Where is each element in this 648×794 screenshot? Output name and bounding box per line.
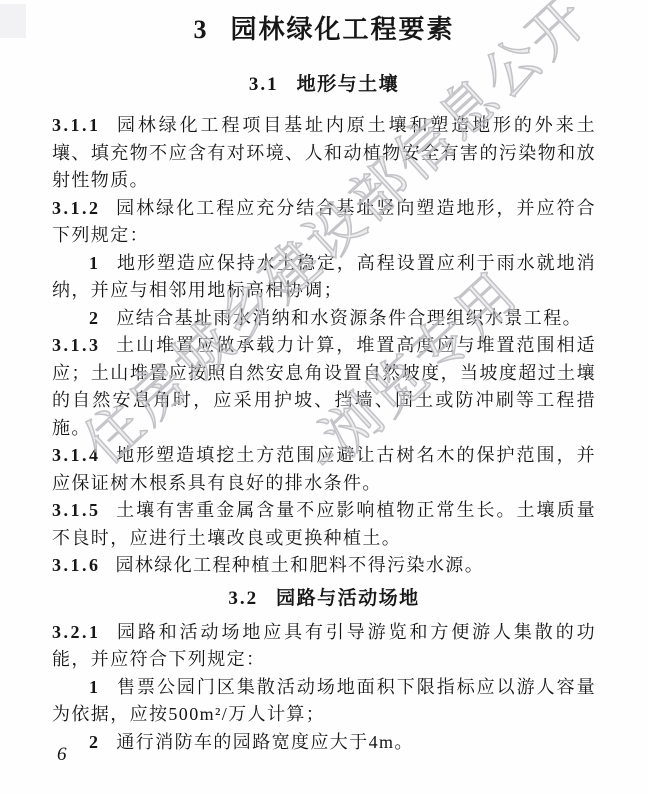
item-number: 2	[89, 308, 99, 328]
clause-number: 3.1.2	[52, 198, 101, 218]
paragraph-text: 通行消防车的园路宽度应大于4m。	[116, 732, 413, 752]
chapter-heading: 3园林绿化工程要素	[52, 14, 596, 46]
list-item: 1地形塑造应保持水土稳定，高程设置应利于雨水就地消纳，并应与相邻用地标高相协调；	[52, 250, 596, 305]
clause-paragraph: 3.1.6园林绿化工程种植土和肥料不得污染水源。	[52, 552, 596, 580]
clause-number: 3.1.1	[52, 115, 101, 135]
clause-number: 3.1.4	[52, 445, 101, 465]
clause-paragraph: 3.1.4地形塑造填挖土方范围应避让古树名木的保护范围，并应保证树木根系具有良好…	[52, 442, 596, 497]
clause-paragraph: 3.1.2园林绿化工程应充分结合基址竖向塑造地形，并应符合下列规定：	[52, 195, 596, 250]
clause-paragraph: 3.1.1园林绿化工程项目基址内原土壤和塑造地形的外来土壤、填充物不应含有对环境…	[52, 112, 596, 195]
section-heading: 3.1地形与土壤	[52, 72, 596, 98]
section-title: 园路与活动场地	[276, 588, 420, 609]
document-body: 3.1地形与土壤3.1.1园林绿化工程项目基址内原土壤和塑造地形的外来土壤、填充…	[52, 72, 596, 756]
list-item: 2应结合基址雨水消纳和水资源条件合理组织水景工程。	[52, 305, 596, 333]
paragraph-text: 土山堆置应做承载力计算，堆置高度应与堆置范围相适应；土山堆置应按照自然安息角设置…	[52, 335, 596, 438]
clause-number: 3.1.3	[52, 335, 101, 355]
paragraph-text: 地形塑造应保持水土稳定，高程设置应利于雨水就地消纳，并应与相邻用地标高相协调；	[52, 253, 596, 301]
paragraph-text: 园林绿化工程项目基址内原土壤和塑造地形的外来土壤、填充物不应含有对环境、人和动植…	[52, 115, 596, 190]
section-title: 地形与土壤	[297, 74, 400, 95]
clause-paragraph: 3.1.5土壤有害重金属含量不应影响植物正常生长。土壤质量不良时，应进行土壤改良…	[52, 497, 596, 552]
item-number: 1	[89, 677, 99, 697]
list-item: 1售票公园门区集散活动场地面积下限指标应以游人容量为依据，应按500m²/万人计…	[52, 674, 596, 729]
clause-number: 3.1.5	[52, 500, 101, 520]
paragraph-text: 园路和活动场地应具有引导游览和方便游人集散的功能，并应符合下列规定：	[52, 622, 596, 670]
clause-paragraph: 3.2.1园路和活动场地应具有引导游览和方便游人集散的功能，并应符合下列规定：	[52, 619, 596, 674]
paragraph-text: 园林绿化工程种植土和肥料不得污染水源。	[116, 555, 485, 575]
paragraph-text: 地形塑造填挖土方范围应避让古树名木的保护范围，并应保证树木根系具有良好的排水条件…	[52, 445, 596, 493]
item-number: 1	[89, 253, 99, 273]
paragraph-text: 应结合基址雨水消纳和水资源条件合理组织水景工程。	[116, 308, 582, 328]
document-page: 住房城乡建设部信息公开 -浏览专用 3园林绿化工程要素 3.1地形与土壤3.1.…	[0, 0, 648, 794]
paragraph-text: 园林绿化工程应充分结合基址竖向塑造地形，并应符合下列规定：	[52, 198, 596, 246]
section-number: 3.1	[249, 74, 279, 95]
scan-edge-artifact	[0, 4, 26, 38]
clause-number: 3.2.1	[52, 622, 101, 642]
list-item: 2通行消防车的园路宽度应大于4m。	[52, 729, 596, 757]
section-heading: 3.2园路与活动场地	[52, 586, 596, 612]
paragraph-text: 售票公园门区集散活动场地面积下限指标应以游人容量为依据，应按500m²/万人计算…	[52, 677, 596, 725]
document-content: 3园林绿化工程要素 3.1地形与土壤3.1.1园林绿化工程项目基址内原土壤和塑造…	[52, 14, 596, 756]
section-number: 3.2	[228, 588, 258, 609]
clause-paragraph: 3.1.3土山堆置应做承载力计算，堆置高度应与堆置范围相适应；土山堆置应按照自然…	[52, 332, 596, 442]
chapter-title: 园林绿化工程要素	[230, 15, 454, 44]
page-number: 6	[57, 744, 67, 766]
item-number: 2	[89, 732, 99, 752]
clause-number: 3.1.6	[52, 555, 101, 575]
paragraph-text: 土壤有害重金属含量不应影响植物正常生长。土壤质量不良时，应进行土壤改良或更换种植…	[52, 500, 596, 548]
chapter-number: 3	[193, 15, 206, 44]
